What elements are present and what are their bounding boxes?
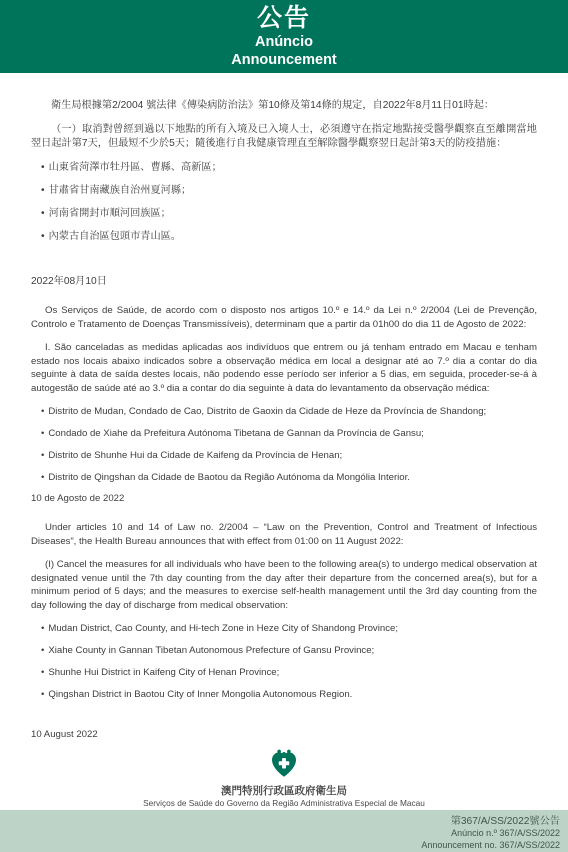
health-bureau-logo-icon bbox=[269, 749, 299, 779]
zh-area-4: 內蒙古自治區包頭市青山區。 bbox=[49, 230, 181, 244]
bullet-icon: • bbox=[41, 449, 44, 462]
en-bullet-list: • Mudan District, Cao County, and Hi-tec… bbox=[31, 622, 537, 701]
footer-reference-bar: 第367/A/SS/2022號公告 Anúncio n.º 367/A/SS/2… bbox=[0, 810, 568, 852]
bullet-icon: • bbox=[41, 207, 45, 221]
document-body: 衛生局根據第2/2004 號法律《傳染病防治法》第10條及第14條的規定，自20… bbox=[0, 73, 568, 740]
page-title-zh: 公告 bbox=[0, 3, 568, 33]
zh-area-3: 河南省開封市順河回族區； bbox=[49, 207, 171, 221]
list-item: • 山東省菏澤市牡丹區、曹縣、高新區； bbox=[41, 161, 537, 175]
zh-area-1: 山東省菏澤市牡丹區、曹縣、高新區； bbox=[49, 161, 222, 175]
bullet-icon: • bbox=[41, 471, 44, 484]
zh-date: 2022年08月10日 bbox=[31, 272, 537, 287]
en-area-4: Qingshan District in Baotou City of Inne… bbox=[48, 688, 352, 701]
section-english: Under articles 10 and 14 of Law no. 2/20… bbox=[31, 521, 537, 740]
bullet-icon: • bbox=[41, 688, 44, 701]
org-name-zh: 澳門特別行政區政府衛生局 bbox=[0, 785, 568, 798]
bullet-icon: • bbox=[41, 666, 44, 679]
bullet-icon: • bbox=[41, 622, 44, 635]
pt-paragraph-legal-basis: Os Serviços de Saúde, de acordo com o di… bbox=[31, 304, 537, 331]
page-title-pt: Anúncio bbox=[0, 33, 568, 51]
en-area-3: Shunhe Hui District in Kaifeng City of H… bbox=[48, 666, 279, 679]
page-title-en: Announcement bbox=[0, 51, 568, 69]
en-paragraph-legal-basis: Under articles 10 and 14 of Law no. 2/20… bbox=[31, 521, 537, 548]
bullet-icon: • bbox=[41, 405, 44, 418]
list-item: • Condado de Xiahe da Prefeitura Autónom… bbox=[41, 427, 537, 440]
list-item: • Distrito de Mudan, Condado de Cao, Dis… bbox=[41, 405, 537, 418]
bullet-icon: • bbox=[41, 230, 45, 244]
zh-paragraph-measures: （一）取消對曾經到過以下地點的所有入境及已入境人士，必須遵守在指定地點接受醫學觀… bbox=[31, 123, 537, 151]
list-item: • 甘肅省甘南藏族自治州夏河縣； bbox=[41, 184, 537, 198]
pt-bullet-list: • Distrito de Mudan, Condado de Cao, Dis… bbox=[31, 405, 537, 484]
list-item: • Distrito de Qingshan da Cidade de Baot… bbox=[41, 471, 537, 484]
section-chinese: 衛生局根據第2/2004 號法律《傳染病防治法》第10條及第14條的規定，自20… bbox=[31, 99, 537, 287]
announcement-ref-zh: 第367/A/SS/2022號公告 bbox=[0, 815, 560, 828]
pt-paragraph-measures: I. São canceladas as medidas aplicadas a… bbox=[31, 341, 537, 395]
announcement-page: 公告 Anúncio Announcement 衛生局根據第2/2004 號法律… bbox=[0, 0, 568, 852]
announcement-ref-en: Announcement no. 367/A/SS/2022 bbox=[0, 840, 560, 852]
zh-area-2: 甘肅省甘南藏族自治州夏河縣； bbox=[49, 184, 192, 198]
list-item: • 內蒙古自治區包頭市青山區。 bbox=[41, 230, 537, 244]
header-banner: 公告 Anúncio Announcement bbox=[0, 0, 568, 73]
org-name-pt: Serviços de Saúde do Governo da Região A… bbox=[0, 798, 568, 808]
en-area-2: Xiahe County in Gannan Tibetan Autonomou… bbox=[48, 644, 374, 657]
footer-identity: 澳門特別行政區政府衛生局 Serviços de Saúde do Govern… bbox=[0, 749, 568, 810]
list-item: • Shunhe Hui District in Kaifeng City of… bbox=[41, 666, 537, 679]
list-item: • Mudan District, Cao County, and Hi-tec… bbox=[41, 622, 537, 635]
bullet-icon: • bbox=[41, 644, 44, 657]
list-item: • Distrito de Shunhe Hui da Cidade de Ka… bbox=[41, 449, 537, 462]
pt-area-3: Distrito de Shunhe Hui da Cidade de Kaif… bbox=[48, 449, 342, 462]
list-item: • Xiahe County in Gannan Tibetan Autonom… bbox=[41, 644, 537, 657]
list-item: • Qingshan District in Baotou City of In… bbox=[41, 688, 537, 701]
zh-bullet-list: • 山東省菏澤市牡丹區、曹縣、高新區； • 甘肅省甘南藏族自治州夏河縣； • 河… bbox=[31, 161, 537, 244]
bullet-icon: • bbox=[41, 427, 44, 440]
pt-area-1: Distrito de Mudan, Condado de Cao, Distr… bbox=[48, 405, 486, 418]
en-paragraph-measures: (I) Cancel the measures for all individu… bbox=[31, 558, 537, 612]
section-portuguese: Os Serviços de Saúde, de acordo com o di… bbox=[31, 304, 537, 504]
bullet-icon: • bbox=[41, 184, 45, 198]
list-item: • 河南省開封市順河回族區； bbox=[41, 207, 537, 221]
pt-area-4: Distrito de Qingshan da Cidade de Baotou… bbox=[48, 471, 410, 484]
en-date: 10 August 2022 bbox=[31, 729, 537, 740]
announcement-ref-pt: Anúncio n.º 367/A/SS/2022 bbox=[0, 828, 560, 840]
en-area-1: Mudan District, Cao County, and Hi-tech … bbox=[48, 622, 398, 635]
pt-date: 10 de Agosto de 2022 bbox=[31, 493, 537, 504]
zh-paragraph-legal-basis: 衛生局根據第2/2004 號法律《傳染病防治法》第10條及第14條的規定，自20… bbox=[31, 99, 537, 113]
bullet-icon: • bbox=[41, 161, 45, 175]
pt-area-2: Condado de Xiahe da Prefeitura Autónoma … bbox=[48, 427, 424, 440]
